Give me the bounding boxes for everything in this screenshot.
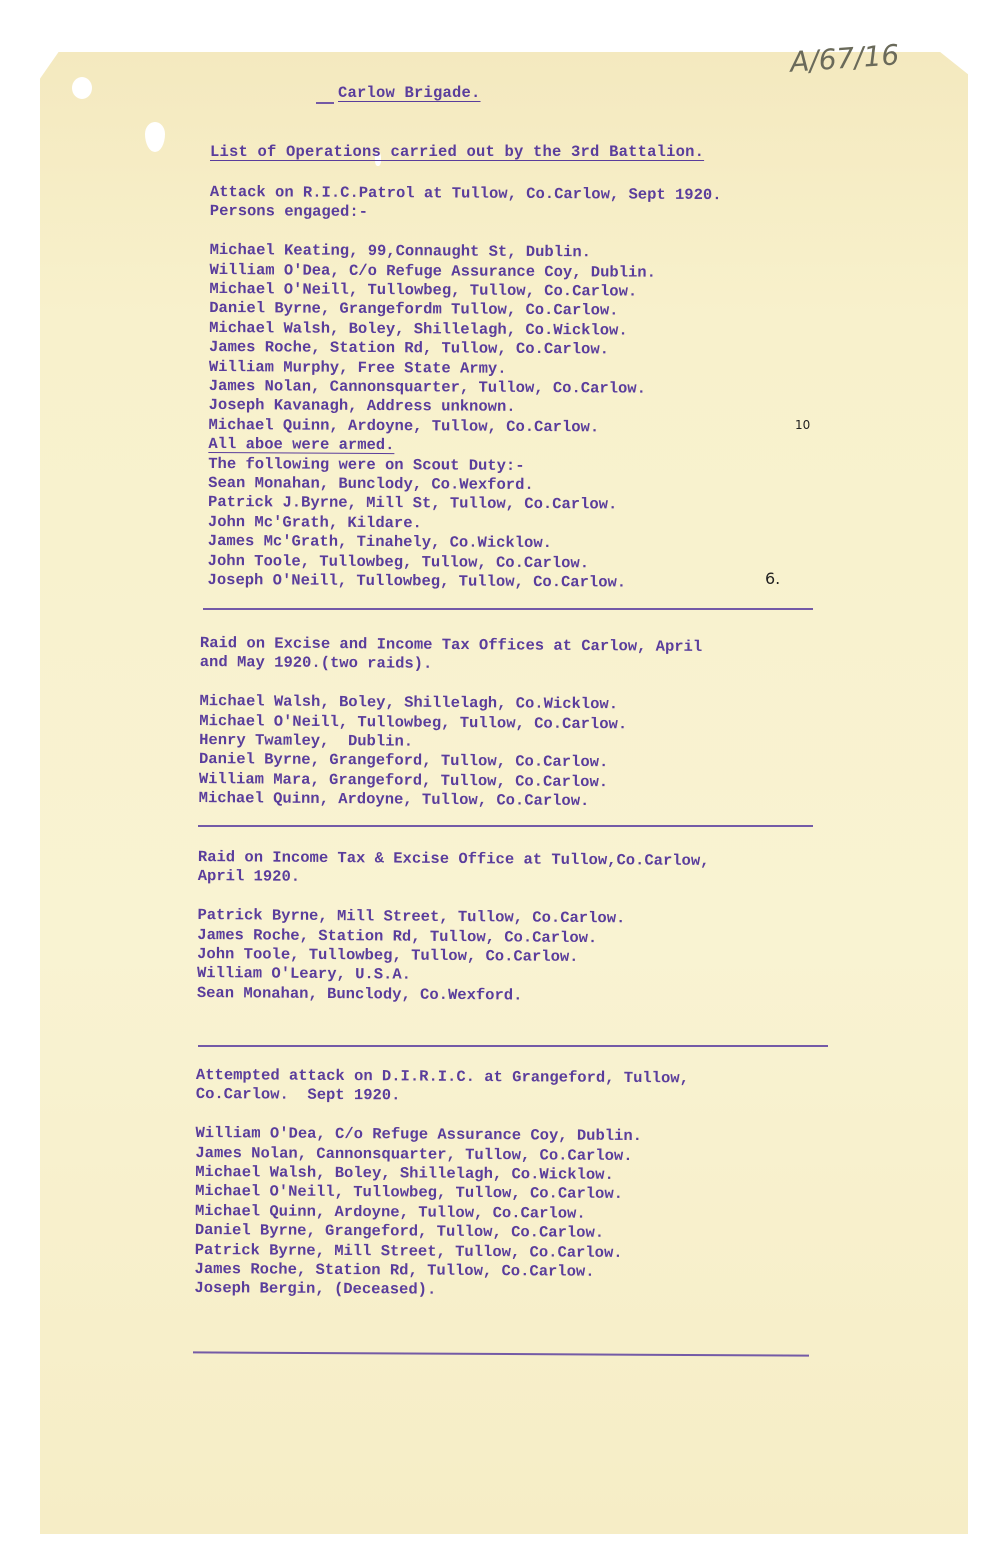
section-divider	[203, 608, 813, 610]
operation-4: Attempted attack on D.I.R.I.C. at Grange…	[194, 1066, 689, 1302]
page-subtitle: List of Operations carried out by the 3r…	[210, 143, 704, 162]
margin-count-armed: 10	[795, 418, 810, 432]
operation-heading: Co.Carlow. Sept 1920.	[196, 1085, 689, 1108]
person-entry: Michael Quinn, Ardoyne, Tullow, Co.Carlo…	[199, 789, 701, 812]
person-entry: Joseph Bergin, (Deceased).	[194, 1279, 687, 1302]
section-divider	[198, 825, 813, 827]
operation-heading: Persons engaged:-	[210, 202, 722, 225]
section-divider	[198, 1045, 828, 1047]
operation-1: Attack on R.I.C.Patrol at Tullow, Co.Car…	[208, 183, 722, 594]
operation-heading: and May 1920.(two raids).	[200, 653, 702, 676]
scout-entry: James Mc'Grath, Tinahely, Co.Wicklow.	[208, 532, 720, 555]
person-entry: Sean Monahan, Bunclody, Co.Wexford.	[197, 984, 709, 1007]
operation-2: Raid on Excise and Income Tax Offices at…	[199, 634, 703, 813]
operation-heading: April 1920.	[198, 867, 710, 890]
scout-entry: Joseph O'Neill, Tullowbeg, Tullow, Co.Ca…	[208, 571, 720, 594]
punch-hole	[72, 77, 92, 99]
title-underline-lead	[316, 102, 334, 104]
page-title: Carlow Brigade.	[338, 84, 481, 103]
armed-note: All aboe were armed.	[208, 435, 720, 458]
person-entry: James Roche, Station Rd, Tullow, Co.Carl…	[209, 338, 721, 361]
operation-3: Raid on Income Tax & Excise Office at Tu…	[197, 848, 710, 1007]
person-entry: Michael Keating, 99,Connaught St, Dublin…	[210, 241, 722, 264]
margin-count-scouts: 6.	[765, 569, 780, 588]
